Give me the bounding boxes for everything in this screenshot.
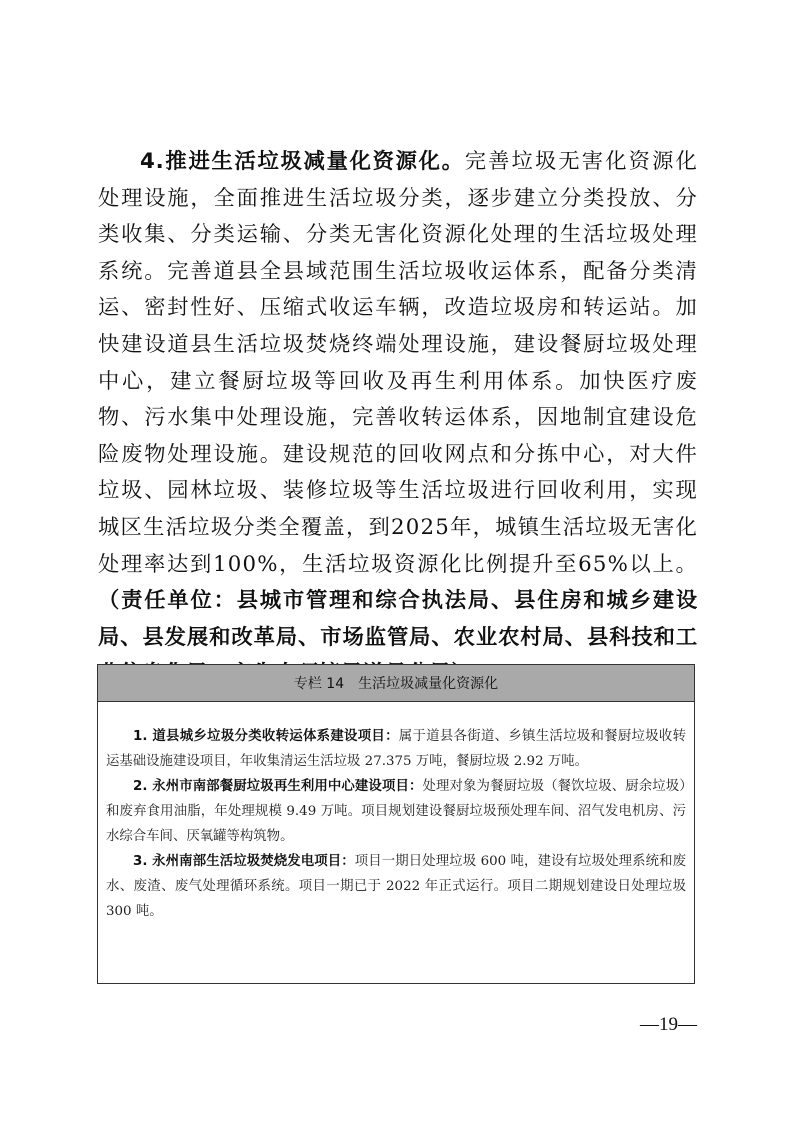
project-title: 1. 道县城乡垃圾分类收转运体系建设项目：: [133, 729, 399, 744]
section-text: 完善垃圾无害化资源化处理设施，全面推进生活垃圾分类，逐步建立分类投放、分类收集、…: [98, 149, 698, 577]
page-number: —19—: [640, 1014, 697, 1036]
project-item: 2. 永州市南部餐厨垃圾再生利用中心建设项目：处理对象为餐厨垃圾（餐饮垃圾、厨余…: [106, 774, 686, 849]
document-page: 4.推进生活垃圾减量化资源化。完善垃圾无害化资源化处理设施，全面推进生活垃圾分类…: [0, 0, 793, 1122]
feature-box-title: 生活垃圾减量化资源化: [358, 673, 498, 693]
project-item: 3. 永州南部生活垃圾焚烧发电项目：项目一期日处理垃圾 600 吨，建设有垃圾处…: [106, 849, 686, 924]
section-body: 4.推进生活垃圾减量化资源化。完善垃圾无害化资源化处理设施，全面推进生活垃圾分类…: [98, 144, 698, 693]
project-title: 2. 永州市南部餐厨垃圾再生利用中心建设项目：: [133, 779, 423, 794]
feature-box-header: 专栏 14 生活垃圾减量化资源化: [98, 665, 694, 702]
project-title: 3. 永州南部生活垃圾焚烧发电项目：: [133, 854, 355, 869]
feature-box-label: 专栏 14: [294, 673, 344, 693]
project-item: 1. 道县城乡垃圾分类收转运体系建设项目：属于道县各街道、乡镇生活垃圾和餐厨垃圾…: [106, 724, 686, 774]
feature-box-body: 1. 道县城乡垃圾分类收转运体系建设项目：属于道县各街道、乡镇生活垃圾和餐厨垃圾…: [98, 702, 694, 924]
section-paragraph: 4.推进生活垃圾减量化资源化。完善垃圾无害化资源化处理设施，全面推进生活垃圾分类…: [98, 144, 698, 693]
section-heading: 4.推进生活垃圾减量化资源化。: [140, 149, 465, 174]
feature-box: 专栏 14 生活垃圾减量化资源化 1. 道县城乡垃圾分类收转运体系建设项目：属于…: [97, 664, 695, 984]
